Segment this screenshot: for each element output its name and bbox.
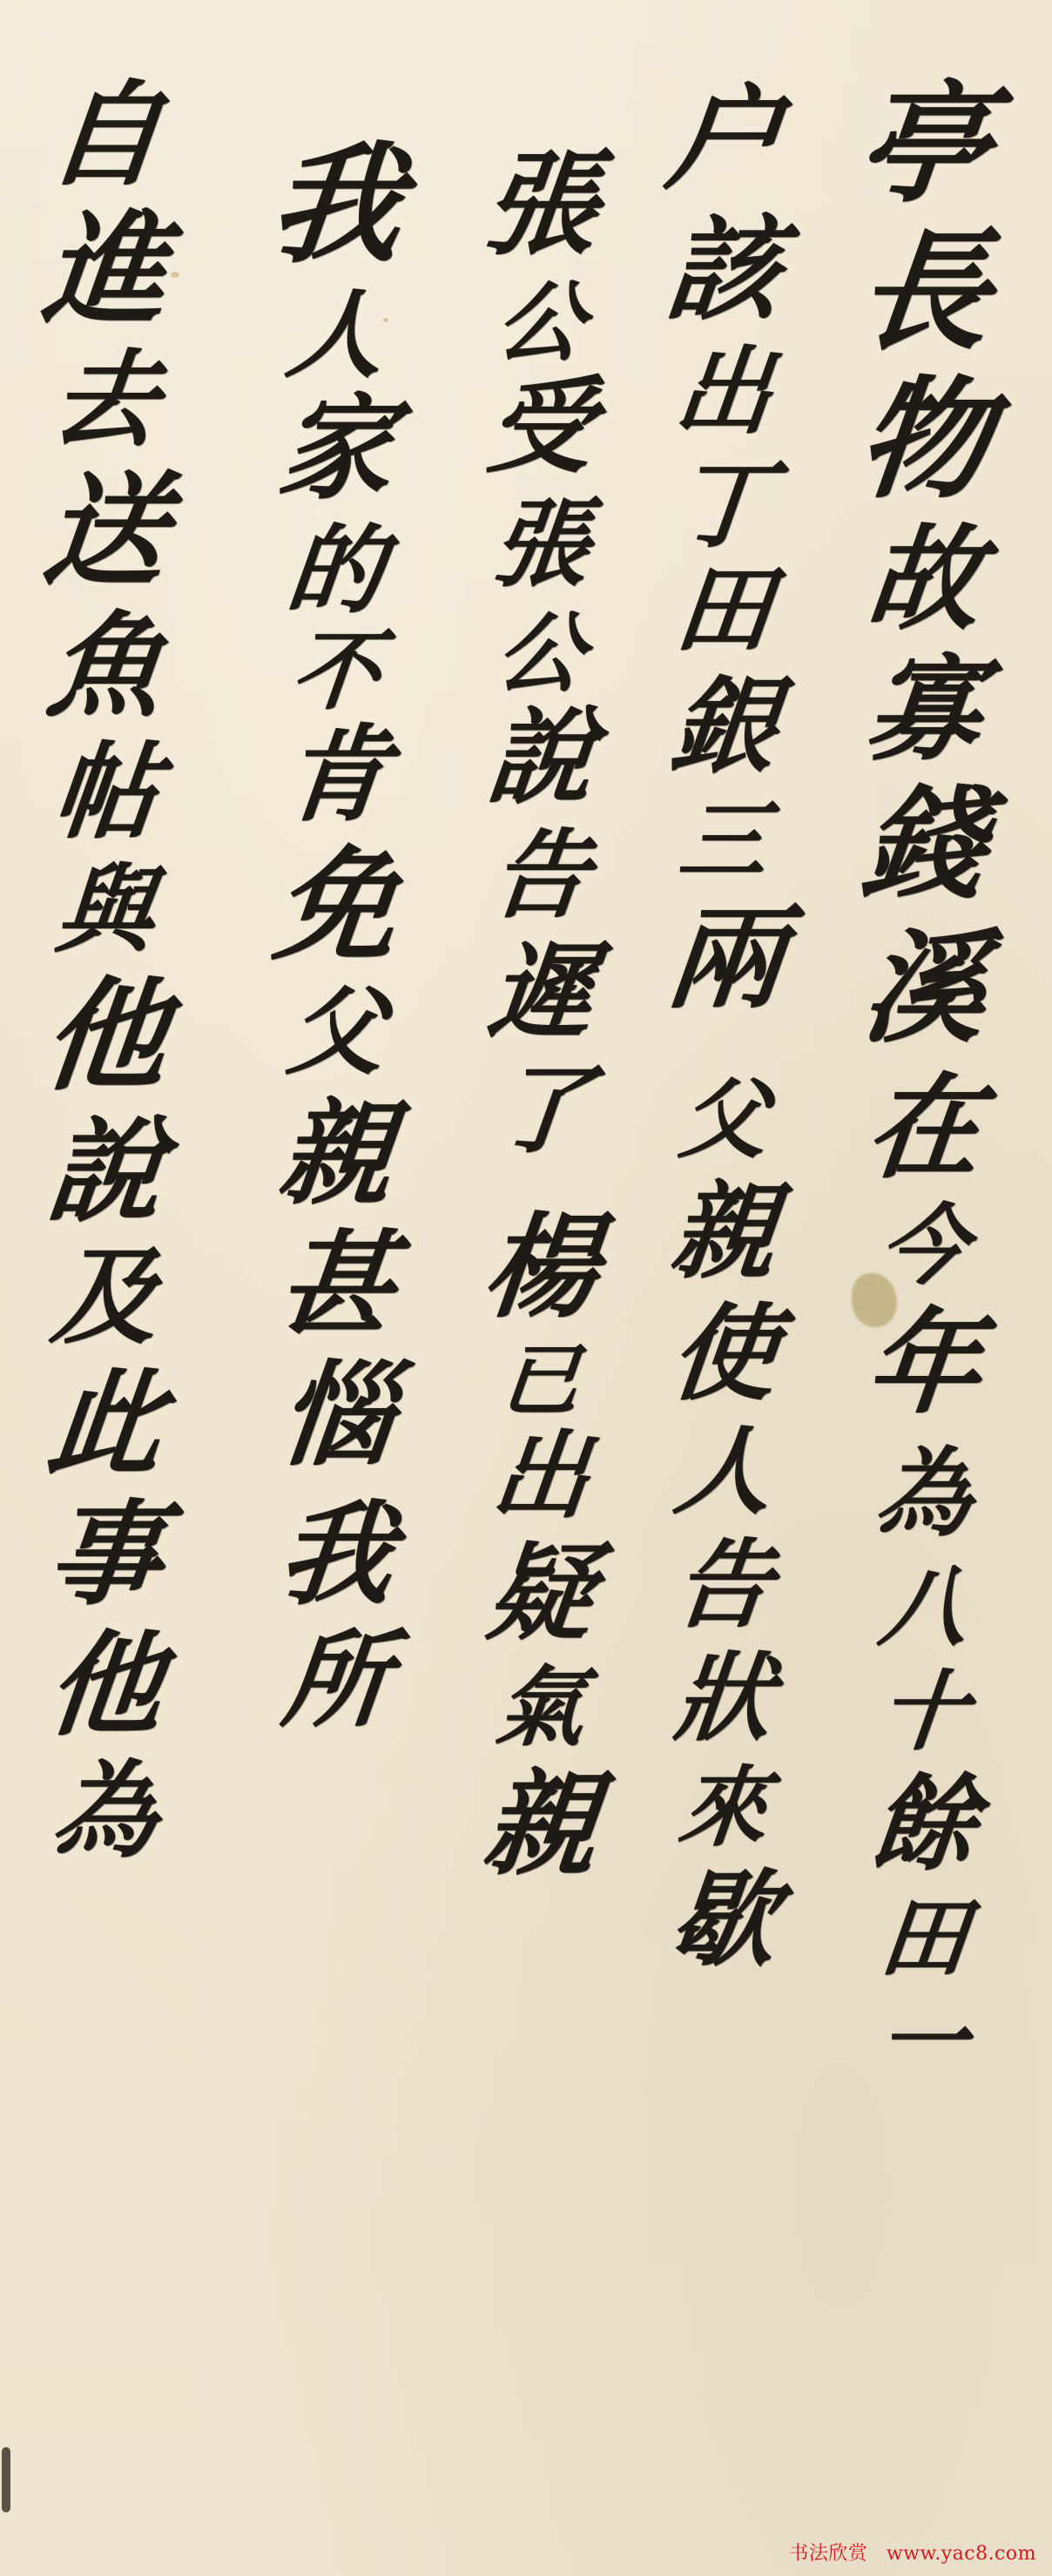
glyph: 使 xyxy=(630,1302,817,1424)
glyph: 他 xyxy=(10,1629,199,1759)
glyph: 此 xyxy=(10,1367,199,1498)
glyph: 送 xyxy=(10,470,199,610)
glyph: 該 xyxy=(629,213,817,344)
glyph: 親 xyxy=(241,1097,429,1228)
glyph: 田 xyxy=(630,562,816,675)
glyph: 出 xyxy=(630,344,816,457)
glyph: 楊 xyxy=(446,1210,634,1341)
glyph: 年 xyxy=(829,1306,1018,1446)
ink-edge-mark xyxy=(2,2447,10,2512)
glyph: 我 xyxy=(241,1498,429,1629)
glyph: 人 xyxy=(630,1424,816,1537)
glyph: 甚 xyxy=(241,1228,429,1359)
glyph: 肯 xyxy=(242,723,429,845)
glyph: 銀 xyxy=(630,675,817,797)
glyph: 我 xyxy=(240,139,430,287)
glyph: 已 xyxy=(448,1341,632,1428)
calligraphy-column-1: 亭 長 物 故 寡 錢 溪 在 今 年 為 八 十 餘 田 一 xyxy=(836,78,1010,2077)
glyph: 長 xyxy=(828,226,1018,374)
calligraphy-column-4: 我 人 家 的 不 肯 免 父 親 甚 惱 我 所 xyxy=(248,139,422,1750)
glyph: 户 xyxy=(629,83,817,213)
glyph: 說 xyxy=(10,1115,199,1245)
glyph: 進 xyxy=(10,209,199,348)
glyph: 受 xyxy=(447,374,634,496)
glyph: 為 xyxy=(11,1759,199,1881)
glyph: 的 xyxy=(243,523,428,627)
calligraphy-column-5: 自 進 去 送 魚 帖 與 他 說 及 此 事 他 為 xyxy=(17,78,192,1881)
glyph: 自 xyxy=(10,78,199,209)
watermark-label: 书法欣赏 xyxy=(789,2543,867,2565)
glyph: 八 xyxy=(831,1563,1016,1668)
glyph: 告 xyxy=(630,1537,816,1650)
glyph: 錢 xyxy=(828,784,1017,927)
glyph: 父 xyxy=(242,984,428,1097)
glyph: 告 xyxy=(447,827,633,941)
glyph: 寡 xyxy=(829,653,1017,784)
glyph: 兩 xyxy=(626,901,819,1076)
glyph: 三 xyxy=(631,797,816,901)
glyph: 說 xyxy=(447,705,634,827)
glyph: 遲 xyxy=(447,941,634,1062)
glyph: 餘 xyxy=(830,1772,1017,1894)
glyph: 了 xyxy=(445,1062,635,1210)
glyph: 丁 xyxy=(631,457,816,562)
glyph: 不 xyxy=(243,627,428,723)
glyph: 所 xyxy=(242,1629,429,1750)
glyph: 親 xyxy=(630,1180,817,1302)
watermark-url: www.yac8.com xyxy=(887,2543,1036,2565)
glyph: 魚 xyxy=(10,610,199,740)
glyph: 去 xyxy=(11,348,199,470)
glyph: 物 xyxy=(828,374,1018,523)
calligraphy-column-3: 張 公 受 張 公 說 告 遲 了 楊 已 出 疑 氣 親 xyxy=(453,148,627,1898)
glyph: 狀 xyxy=(630,1650,816,1763)
glyph: 溪 xyxy=(828,927,1017,1071)
glyph: 亭 xyxy=(828,78,1018,226)
glyph: 公 xyxy=(448,279,632,374)
glyph: 帖 xyxy=(11,740,199,862)
glyph: 在 xyxy=(829,1071,1017,1202)
glyph: 為 xyxy=(830,1446,1016,1563)
glyph: 張 xyxy=(447,496,633,610)
glyph: 與 xyxy=(11,862,198,975)
glyph: 田 xyxy=(831,1894,1016,1999)
glyph: 事 xyxy=(10,1498,199,1629)
glyph: 故 xyxy=(829,523,1017,653)
glyph: 來 xyxy=(631,1763,816,1868)
glyph: 一 xyxy=(832,1999,1014,2077)
glyph: 氣 xyxy=(448,1663,633,1768)
glyph: 疑 xyxy=(447,1541,634,1663)
calligraphy-column-2: 户 該 出 丁 田 銀 三 兩 父 親 使 人 告 狀 來 歇 xyxy=(636,83,810,1990)
glyph: 家 xyxy=(241,392,429,523)
glyph: 他 xyxy=(10,975,199,1115)
glyph: 父 xyxy=(631,1076,816,1180)
glyph: 歇 xyxy=(630,1868,817,1990)
glyph: 出 xyxy=(447,1428,633,1541)
glyph: 及 xyxy=(11,1245,199,1367)
glyph: 親 xyxy=(446,1768,634,1898)
glyph: 惱 xyxy=(241,1359,430,1498)
glyph: 今 xyxy=(831,1202,1016,1306)
glyph: 公 xyxy=(448,610,632,705)
watermark: 书法欣赏 www.yac8.com xyxy=(789,2539,1036,2566)
glyph: 十 xyxy=(831,1668,1016,1772)
glyph: 免 xyxy=(241,845,430,984)
glyph: 張 xyxy=(446,148,634,279)
glyph: 人 xyxy=(243,287,428,392)
